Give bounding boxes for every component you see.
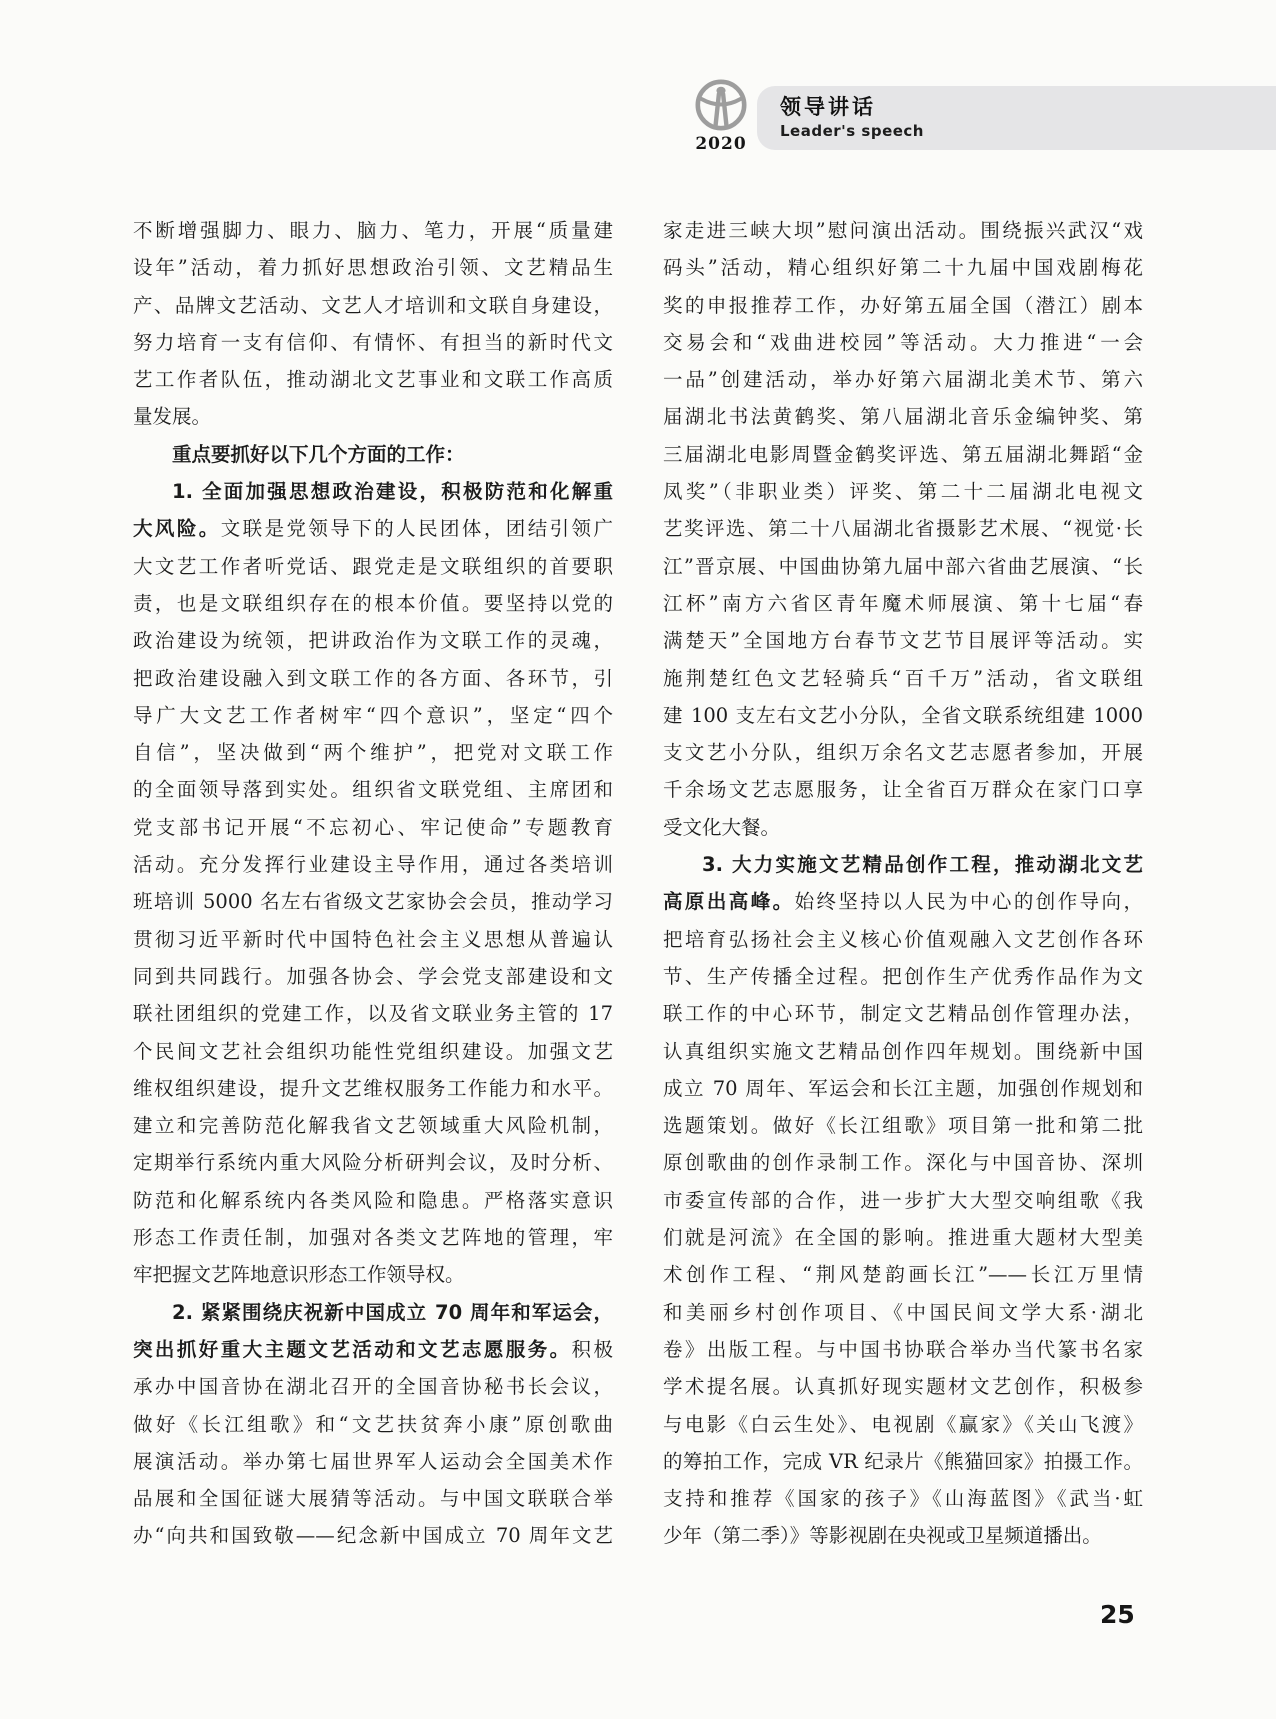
text-line: 量发展。: [133, 398, 613, 435]
body-run: 做好《长江组歌》和“文艺扶贫奔小康”原创歌曲: [133, 1413, 613, 1436]
body-run: 活动。充分发挥行业建设主导作用，通过各类培训: [133, 853, 613, 876]
body-run: 个民间文艺社会组织功能性党组织建设。加强文艺: [133, 1040, 613, 1063]
body-run: 把培育弘扬社会主义核心价值观融入文艺创作各环: [663, 928, 1143, 951]
body-run: 江”晋京展、中国曲协第九届中部六省曲艺展演、“长: [663, 555, 1143, 578]
text-line: 做好《长江组歌》和“文艺扶贫奔小康”原创歌曲: [133, 1406, 613, 1443]
text-line: 们就是河流》在全国的影响。推进重大题材大型美: [663, 1219, 1143, 1256]
text-line: 凤奖”（非职业类）评奖、第二十二届湖北电视文: [663, 473, 1143, 510]
text-line: 维权组织建设，提升文艺维权服务工作能力和水平。: [133, 1070, 613, 1107]
federation-logo-icon: [694, 78, 748, 132]
text-line: 联社团组织的党建工作，以及省文联业务主管的 17: [133, 995, 613, 1032]
body-run: 术创作工程、“荆风楚韵画长江”——长江万里情: [663, 1263, 1143, 1286]
body-run: 与电影《白云生处》、电视剧《赢家》《关山飞渡》: [663, 1413, 1143, 1436]
body-run: 奖的申报推荐工作，办好第五届全国（潜江）剧本: [663, 294, 1143, 317]
text-line: 定期举行系统内重大风险分析研判会议，及时分析、: [133, 1144, 613, 1181]
body-run: 千余场文艺志愿服务，让全省百万群众在家门口享: [663, 778, 1143, 801]
body-run: 建 100 支左右文艺小分队，全省文联系统组建 1000: [663, 704, 1143, 727]
body-run: 交易会和“戏曲进校园”等活动。大力推进“一会: [663, 331, 1143, 354]
text-line: 政治建设为统领，把讲政治作为文联工作的灵魂，: [133, 622, 613, 659]
body-run: 大文艺工作者听党话、跟党走是文联组织的首要职: [133, 555, 613, 578]
text-line: 大风险。文联是党领导下的人民团体，团结引领广: [133, 510, 613, 547]
text-line: 不断增强脚力、眼力、脑力、笔力，开展“质量建: [133, 212, 613, 249]
body-run: 原创歌曲的创作录制工作。深化与中国音协、深圳: [663, 1151, 1143, 1174]
body-run: 艺工作者队伍，推动湖北文艺事业和文联工作高质: [133, 368, 613, 391]
text-line: 的筹拍工作，完成 VR 纪录片《熊猫回家》拍摄工作。: [663, 1443, 1143, 1480]
text-line: 牢把握文艺阵地意识形态工作领导权。: [133, 1256, 613, 1293]
body-run: 维权组织建设，提升文艺维权服务工作能力和水平。: [133, 1077, 613, 1100]
body-run: 党支部书记开展“不忘初心、牢记使命”专题教育: [133, 816, 613, 839]
bold-run: 3. 大力实施文艺精品创作工程，推动湖北文艺: [702, 853, 1143, 876]
body-run: 同到共同践行。加强各协会、学会党支部建设和文: [133, 965, 613, 988]
body-run: 受文化大餐。: [663, 816, 780, 839]
body-run: 认真组织实施文艺精品创作四年规划。围绕新中国: [663, 1040, 1143, 1063]
text-line: 三届湖北电影周暨金鹤奖评选、第五届湖北舞蹈“金: [663, 436, 1143, 473]
article-body: 不断增强脚力、眼力、脑力、笔力，开展“质量建设年”活动，着力抓好思想政治引领、文…: [133, 212, 1143, 1555]
text-line: 努力培育一支有信仰、有情怀、有担当的新时代文: [133, 324, 613, 361]
section-title-chinese: 领导讲话: [780, 95, 1276, 119]
text-line: 认真组织实施文艺精品创作四年规划。围绕新中国: [663, 1033, 1143, 1070]
body-run: 自信”，坚决做到“两个维护”，把党对文联工作: [133, 741, 613, 764]
logo-block: 2020: [693, 78, 749, 154]
text-line: 的全面领导落到实处。组织省文联党组、主席团和: [133, 771, 613, 808]
bold-run: 2. 紧紧围绕庆祝新中国成立 70 周年和军运会，: [172, 1301, 613, 1324]
body-run: 施荆楚红色文艺轻骑兵“百千万”活动，省文联组: [663, 667, 1143, 690]
text-line: 学术提名展。认真抓好现实题材文艺创作，积极参: [663, 1368, 1143, 1405]
body-run: 班培训 5000 名左右省级文艺家协会会员，推动学习: [133, 890, 613, 913]
body-run: 设年”活动，着力抓好思想政治引领、文艺精品生: [133, 256, 613, 279]
text-line: 2. 紧紧围绕庆祝新中国成立 70 周年和军运会，: [133, 1294, 613, 1331]
text-line: 卷》出版工程。与中国书协联合举办当代篆书名家: [663, 1331, 1143, 1368]
text-line: 个民间文艺社会组织功能性党组织建设。加强文艺: [133, 1033, 613, 1070]
magazine-page: 2020 领导讲话 Leader's speech 不断增强脚力、眼力、脑力、笔…: [0, 0, 1276, 1719]
text-line: 术创作工程、“荆风楚韵画长江”——长江万里情: [663, 1256, 1143, 1293]
body-run: 和美丽乡村创作项目、《中国民间文学大系·湖北: [663, 1301, 1143, 1324]
body-run: 贯彻习近平新时代中国特色社会主义思想从普遍认: [133, 928, 613, 951]
text-line: 江”晋京展、中国曲协第九届中部六省曲艺展演、“长: [663, 548, 1143, 585]
body-run: 不断增强脚力、眼力、脑力、笔力，开展“质量建: [133, 219, 613, 242]
text-line: 党支部书记开展“不忘初心、牢记使命”专题教育: [133, 809, 613, 846]
text-line: 艺奖评选、第二十八届湖北省摄影艺术展、“视觉·长: [663, 510, 1143, 547]
body-run: 产、品牌文艺活动、文艺人才培训和文联自身建设，: [133, 294, 613, 317]
text-line: 承办中国音协在湖北召开的全国音协秘书长会议，: [133, 1368, 613, 1405]
text-line: 突出抓好重大主题文艺活动和文艺志愿服务。积极: [133, 1331, 613, 1368]
text-column-left: 不断增强脚力、眼力、脑力、笔力，开展“质量建设年”活动，着力抓好思想政治引领、文…: [133, 212, 613, 1555]
text-line: 重点要抓好以下几个方面的工作：: [133, 436, 613, 473]
body-run: 的筹拍工作，完成 VR 纪录片《熊猫回家》拍摄工作。: [663, 1450, 1143, 1473]
text-line: 品展和全国征谜大展猜等活动。与中国文联联合举: [133, 1480, 613, 1517]
bold-run: 高原出高峰。: [663, 890, 795, 913]
body-run: 家走进三峡大坝”慰问演出活动。围绕振兴武汉“戏: [663, 219, 1143, 242]
text-line: 导广大文艺工作者树牢“四个意识”，坚定“四个: [133, 697, 613, 734]
body-run: 政治建设为统领，把讲政治作为文联工作的灵魂，: [133, 629, 613, 652]
text-line: 同到共同践行。加强各协会、学会党支部建设和文: [133, 958, 613, 995]
text-line: 1. 全面加强思想政治建设，积极防范和化解重: [133, 473, 613, 510]
body-run: 支持和推荐《国家的孩子》《山海蓝图》《武当·虹: [663, 1487, 1143, 1510]
body-run: 文联是党领导下的人民团体，团结引领广: [221, 517, 613, 540]
text-line: 届湖北书法黄鹤奖、第八届湖北音乐金编钟奖、第: [663, 398, 1143, 435]
body-run: 节、生产传播全过程。把创作生产优秀作品作为文: [663, 965, 1143, 988]
body-run: 选题策划。做好《长江组歌》项目第一批和第二批: [663, 1114, 1143, 1137]
text-line: 千余场文艺志愿服务，让全省百万群众在家门口享: [663, 771, 1143, 808]
text-line: 防范和化解系统内各类风险和隐患。严格落实意识: [133, 1182, 613, 1219]
body-run: 定期举行系统内重大风险分析研判会议，及时分析、: [133, 1151, 613, 1174]
text-line: 建立和完善防范化解我省文艺领域重大风险机制，: [133, 1107, 613, 1144]
text-line: 奖的申报推荐工作，办好第五届全国（潜江）剧本: [663, 287, 1143, 324]
body-run: 品展和全国征谜大展猜等活动。与中国文联联合举: [133, 1487, 613, 1510]
text-line: 高原出高峰。始终坚持以人民为中心的创作导向，: [663, 883, 1143, 920]
body-run: 始终坚持以人民为中心的创作导向，: [795, 890, 1143, 913]
text-line: 办“向共和国致敬——纪念新中国成立 70 周年文艺: [133, 1517, 613, 1554]
text-line: 展演活动。举办第七届世界军人运动会全国美术作: [133, 1443, 613, 1480]
body-run: 江杯”南方六省区青年魔术师展演、第十七届“春: [663, 592, 1143, 615]
section-banner: 领导讲话 Leader's speech: [757, 86, 1276, 150]
text-line: 与电影《白云生处》、电视剧《赢家》《关山飞渡》: [663, 1406, 1143, 1443]
page-number: 25: [1100, 1600, 1135, 1629]
text-line: 贯彻习近平新时代中国特色社会主义思想从普遍认: [133, 921, 613, 958]
text-line: 市委宣传部的合作，进一步扩大大型交响组歌《我: [663, 1182, 1143, 1219]
body-run: 努力培育一支有信仰、有情怀、有担当的新时代文: [133, 331, 613, 354]
body-run: 学术提名展。认真抓好现实题材文艺创作，积极参: [663, 1375, 1143, 1398]
text-line: 原创歌曲的创作录制工作。深化与中国音协、深圳: [663, 1144, 1143, 1181]
body-run: 导广大文艺工作者树牢“四个意识”，坚定“四个: [133, 704, 613, 727]
text-line: 责，也是文联组织存在的根本价值。要坚持以党的: [133, 585, 613, 622]
body-run: 形态工作责任制，加强对各类文艺阵地的管理，牢: [133, 1226, 613, 1249]
text-line: 支文艺小分队，组织万余名文艺志愿者参加，开展: [663, 734, 1143, 771]
body-run: 建立和完善防范化解我省文艺领域重大风险机制，: [133, 1114, 613, 1137]
text-line: 少年（第二季）》等影视剧在央视或卫星频道播出。: [663, 1517, 1143, 1554]
body-run: 责，也是文联组织存在的根本价值。要坚持以党的: [133, 592, 613, 615]
body-run: 满楚天”全国地方台春节文艺节目展评等活动。实: [663, 629, 1143, 652]
text-line: 联工作的中心环节，制定文艺精品创作管理办法，: [663, 995, 1143, 1032]
body-run: 卷》出版工程。与中国书协联合举办当代篆书名家: [663, 1338, 1143, 1361]
text-line: 选题策划。做好《长江组歌》项目第一批和第二批: [663, 1107, 1143, 1144]
text-line: 大文艺工作者听党话、跟党走是文联组织的首要职: [133, 548, 613, 585]
text-line: 码头”活动，精心组织好第二十九届中国戏剧梅花: [663, 249, 1143, 286]
text-line: 交易会和“戏曲进校园”等活动。大力推进“一会: [663, 324, 1143, 361]
body-run: 艺奖评选、第二十八届湖北省摄影艺术展、“视觉·长: [663, 517, 1143, 540]
text-line: 艺工作者队伍，推动湖北文艺事业和文联工作高质: [133, 361, 613, 398]
text-line: 自信”，坚决做到“两个维护”，把党对文联工作: [133, 734, 613, 771]
text-line: 和美丽乡村创作项目、《中国民间文学大系·湖北: [663, 1294, 1143, 1331]
bold-run: 重点要抓好以下几个方面的工作：: [172, 443, 465, 466]
text-line: 形态工作责任制，加强对各类文艺阵地的管理，牢: [133, 1219, 613, 1256]
body-run: 成立 70 周年、军运会和长江主题，加强创作规划和: [663, 1077, 1143, 1100]
body-run: 市委宣传部的合作，进一步扩大大型交响组歌《我: [663, 1189, 1143, 1212]
body-run: 三届湖北电影周暨金鹤奖评选、第五届湖北舞蹈“金: [663, 443, 1143, 466]
body-run: 防范和化解系统内各类风险和隐患。严格落实意识: [133, 1189, 613, 1212]
text-line: 成立 70 周年、军运会和长江主题，加强创作规划和: [663, 1070, 1143, 1107]
body-run: 凤奖”（非职业类）评奖、第二十二届湖北电视文: [663, 480, 1143, 503]
body-run: 承办中国音协在湖北召开的全国音协秘书长会议，: [133, 1375, 613, 1398]
text-line: 产、品牌文艺活动、文艺人才培训和文联自身建设，: [133, 287, 613, 324]
body-run: 办“向共和国致敬——纪念新中国成立 70 周年文艺: [133, 1524, 613, 1547]
text-line: 满楚天”全国地方台春节文艺节目展评等活动。实: [663, 622, 1143, 659]
text-line: 节、生产传播全过程。把创作生产优秀作品作为文: [663, 958, 1143, 995]
body-run: 码头”活动，精心组织好第二十九届中国戏剧梅花: [663, 256, 1143, 279]
bold-run: 大风险。: [133, 517, 221, 540]
logo-year: 2020: [693, 134, 749, 154]
text-line: 江杯”南方六省区青年魔术师展演、第十七届“春: [663, 585, 1143, 622]
body-run: 们就是河流》在全国的影响。推进重大题材大型美: [663, 1226, 1143, 1249]
text-line: 活动。充分发挥行业建设主导作用，通过各类培训: [133, 846, 613, 883]
text-line: 把政治建设融入到文联工作的各方面、各环节，引: [133, 660, 613, 697]
text-line: 一品”创建活动，举办好第六届湖北美术节、第六: [663, 361, 1143, 398]
text-line: 3. 大力实施文艺精品创作工程，推动湖北文艺: [663, 846, 1143, 883]
bold-run: 突出抓好重大主题文艺活动和文艺志愿服务。: [133, 1338, 572, 1361]
body-run: 积极: [572, 1338, 613, 1361]
body-run: 牢把握文艺阵地意识形态工作领导权。: [133, 1263, 465, 1286]
body-run: 的全面领导落到实处。组织省文联党组、主席团和: [133, 778, 613, 801]
bold-run: 1. 全面加强思想政治建设，积极防范和化解重: [172, 480, 613, 503]
body-run: 联社团组织的党建工作，以及省文联业务主管的 17: [133, 1002, 613, 1025]
body-run: 少年（第二季）》等影视剧在央视或卫星频道播出。: [663, 1524, 1102, 1547]
body-run: 量发展。: [133, 405, 211, 428]
text-line: 把培育弘扬社会主义核心价值观融入文艺创作各环: [663, 921, 1143, 958]
body-run: 展演活动。举办第七届世界军人运动会全国美术作: [133, 1450, 613, 1473]
body-run: 一品”创建活动，举办好第六届湖北美术节、第六: [663, 368, 1143, 391]
text-column-right: 家走进三峡大坝”慰问演出活动。围绕振兴武汉“戏码头”活动，精心组织好第二十九届中…: [663, 212, 1143, 1555]
text-line: 班培训 5000 名左右省级文艺家协会会员，推动学习: [133, 883, 613, 920]
body-run: 届湖北书法黄鹤奖、第八届湖北音乐金编钟奖、第: [663, 405, 1143, 428]
text-line: 建 100 支左右文艺小分队，全省文联系统组建 1000: [663, 697, 1143, 734]
text-line: 设年”活动，着力抓好思想政治引领、文艺精品生: [133, 249, 613, 286]
body-run: 支文艺小分队，组织万余名文艺志愿者参加，开展: [663, 741, 1143, 764]
section-title-english: Leader's speech: [780, 122, 1276, 140]
body-run: 联工作的中心环节，制定文艺精品创作管理办法，: [663, 1002, 1143, 1025]
body-run: 把政治建设融入到文联工作的各方面、各环节，引: [133, 667, 613, 690]
text-line: 支持和推荐《国家的孩子》《山海蓝图》《武当·虹: [663, 1480, 1143, 1517]
text-line: 施荆楚红色文艺轻骑兵“百千万”活动，省文联组: [663, 660, 1143, 697]
text-line: 家走进三峡大坝”慰问演出活动。围绕振兴武汉“戏: [663, 212, 1143, 249]
text-line: 受文化大餐。: [663, 809, 1143, 846]
